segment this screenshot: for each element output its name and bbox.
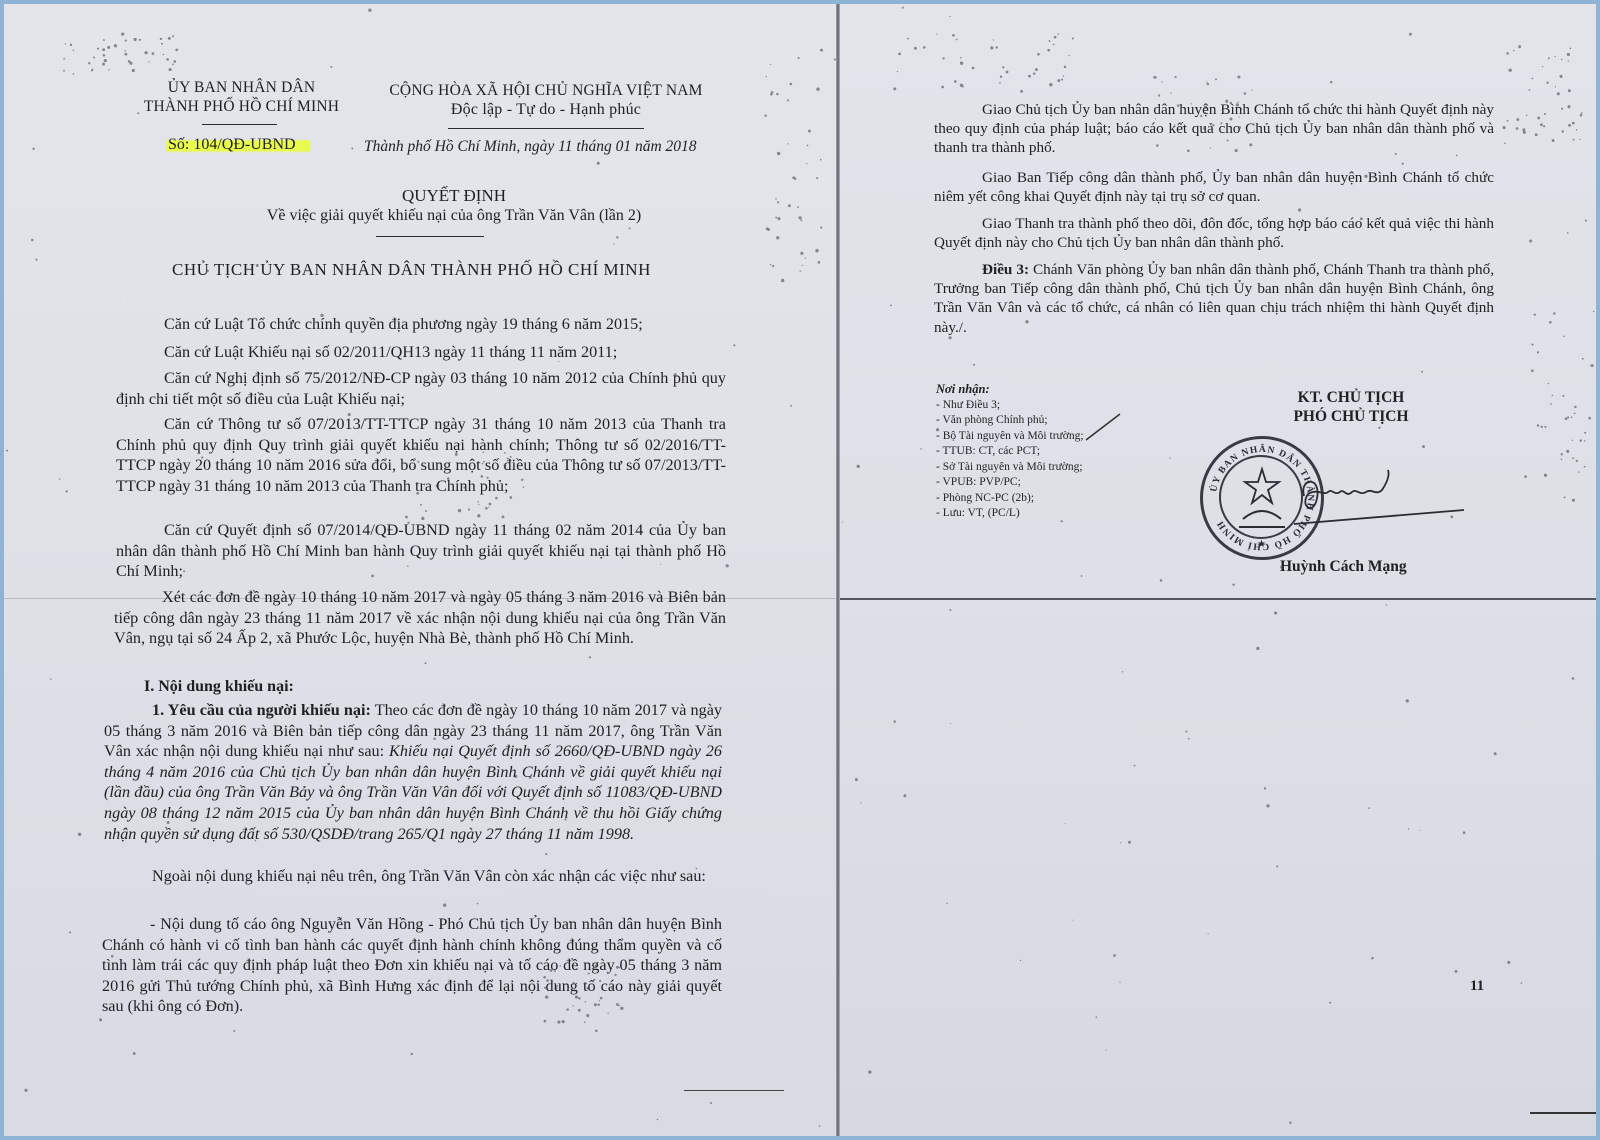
agency-header: ỦY BAN NHÂN DÂN THÀNH PHỐ HỒ CHÍ MINH (124, 78, 359, 116)
complaint-request: 1. Yêu cầu của người khiếu nại: Theo các… (104, 700, 722, 844)
recipient-item: - Như Điều 3; (936, 398, 1084, 414)
nation-header: CỘNG HÒA XÃ HỘI CHỦ NGHĨA VIỆT NAM Độc l… (366, 81, 726, 119)
legal-basis-5: Căn cứ Quyết định số 07/2014/QĐ-UBND ngà… (116, 520, 726, 582)
assignment-para-1: Giao Chủ tịch Ủy ban nhân dân huyện Bình… (934, 100, 1494, 158)
signer-name: Huỳnh Cách Mạng (1280, 558, 1407, 576)
place-date: Thành phố Hồ Chí Minh, ngày 11 tháng 01 … (364, 138, 697, 156)
signature-icon (1294, 466, 1494, 536)
document-photo: ỦY BAN NHÂN DÂN THÀNH PHỐ HỒ CHÍ MINH CỘ… (4, 4, 1596, 1136)
signer-title-1: KT. CHỦ TỊCH (1276, 388, 1426, 407)
recipient-item: - VPUB: PVP/PC; (936, 475, 1084, 491)
signer-titles: KT. CHỦ TỊCH PHÓ CHỦ TỊCH (1276, 388, 1426, 426)
section-1-heading: I. Nội dung khiếu nại: (144, 678, 294, 696)
legal-basis-3: Căn cứ Nghị định số 75/2012/NĐ-CP ngày 0… (116, 368, 726, 409)
recipient-item: - Lưu: VT, (PC/L) (936, 506, 1084, 522)
recipient-item: - TTUB: CT, các PCT; (936, 444, 1084, 460)
additional-confirmation: Ngoài nội dung khiếu nại nêu trên, ông T… (104, 866, 722, 887)
nation-motto: Độc lập - Tự do - Hạnh phúc (366, 100, 726, 119)
doc-subject: Về việc giải quyết khiếu nại của ông Trầ… (164, 206, 744, 226)
assignment-para-2: Giao Ban Tiếp công dân thành phố, Ủy ban… (934, 168, 1494, 206)
doc-number-highlight: Số: 104/QĐ-UBND (166, 136, 310, 153)
doc-number: Số: 104/QĐ-UBND (166, 136, 310, 154)
svg-text:★: ★ (1257, 539, 1266, 550)
recipient-item: - Văn phòng Chính phủ; (936, 413, 1084, 429)
legal-basis-2: Căn cứ Luật Khiếu nại số 02/2011/QH13 ng… (116, 342, 726, 363)
left-page: ỦY BAN NHÂN DÂN THÀNH PHỐ HỒ CHÍ MINH CỘ… (4, 4, 836, 1136)
title-rule (376, 236, 484, 237)
decision-title-block: QUYẾT ĐỊNH Về việc giải quyết khiếu nại … (164, 186, 744, 226)
agency-line-2: THÀNH PHỐ HỒ CHÍ MINH (124, 97, 359, 116)
doc-type: QUYẾT ĐỊNH (164, 186, 744, 206)
footer-rule (684, 1090, 784, 1091)
recipient-item: - Phòng NC-PC (2b); (936, 491, 1084, 507)
legal-basis-4: Căn cứ Thông tư số 07/2013/TT-TTCP ngày … (116, 414, 726, 496)
recipient-item: - Bộ Tài nguyên và Môi trường; (936, 429, 1084, 445)
footer-rule-right (1530, 1112, 1596, 1114)
header-rule (202, 124, 277, 125)
recipients-label: Nơi nhận: (936, 382, 1084, 398)
signer-title-2: PHÓ CHỦ TỊCH (1276, 407, 1426, 426)
consideration-para: Xét các đơn đề ngày 10 tháng 10 năm 2017… (114, 587, 726, 649)
legal-basis-1: Căn cứ Luật Tổ chức chính quyền địa phươ… (116, 314, 726, 335)
agency-line-1: ỦY BAN NHÂN DÂN (124, 78, 359, 97)
denunciation-para: - Nội dung tố cáo ông Nguyễn Văn Hồng - … (102, 914, 722, 1017)
recipients-block: Nơi nhận: - Như Điều 3; - Văn phòng Chín… (936, 382, 1084, 522)
article-3: Điều 3: Chánh Văn phòng Ủy ban nhân dân … (934, 260, 1494, 337)
nation-line-1: CỘNG HÒA XÃ HỘI CHỦ NGHĨA VIỆT NAM (366, 81, 726, 100)
issuer-title: CHỦ TỊCH ỦY BAN NHÂN DÂN THÀNH PHỐ HỒ CH… (172, 260, 651, 280)
recipient-item: - Sở Tài nguyên và Môi trường; (936, 460, 1084, 476)
assignment-para-3: Giao Thanh tra thành phố theo dõi, đôn đ… (934, 214, 1494, 252)
page-number: 11 (1470, 978, 1484, 995)
paper-crease-right (840, 598, 1596, 600)
motto-rule (448, 128, 644, 129)
